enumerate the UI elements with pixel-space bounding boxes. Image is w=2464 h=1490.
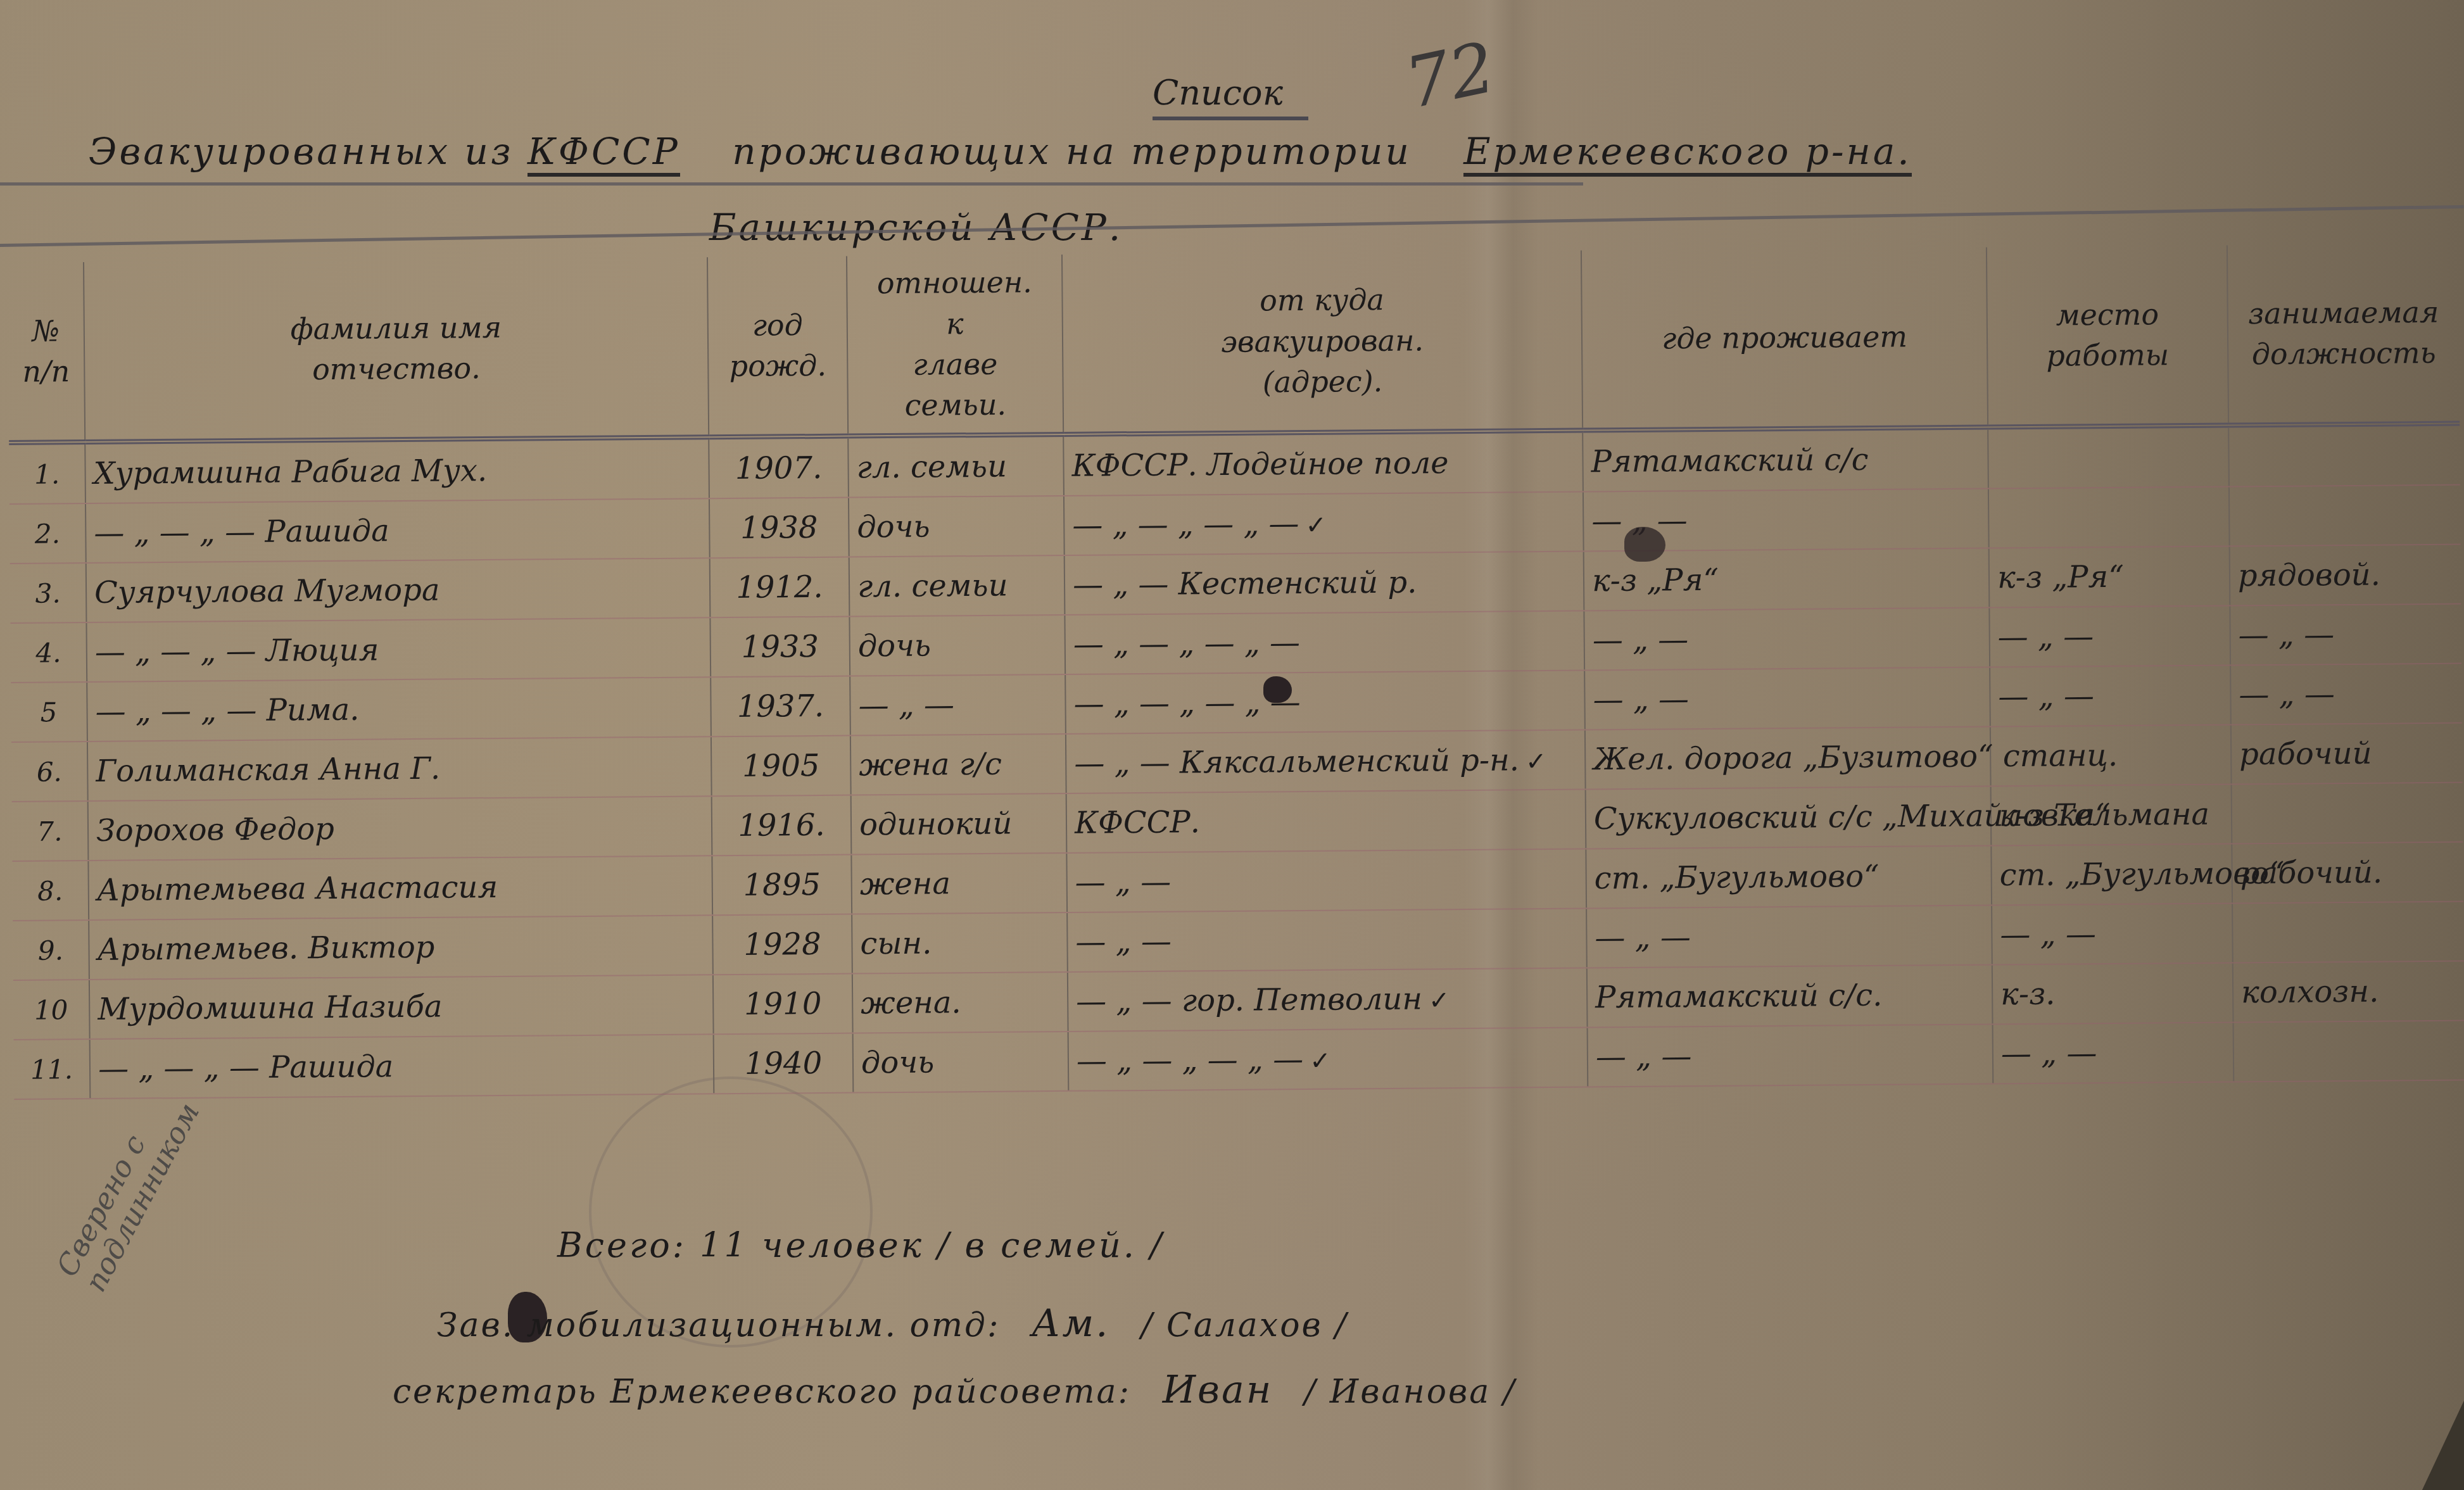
birth-year-cell: 1905 [711, 736, 851, 797]
heading-part-3: проживающих на территории [732, 130, 1412, 173]
position-cell: — „ — [2230, 604, 2461, 666]
column-header: фамилия имяотчество. [84, 257, 709, 442]
row-number: 1. [34, 458, 60, 489]
position: рабочий [2239, 736, 2372, 773]
birth-year: 1937. [737, 688, 824, 724]
workplace-cell: ст. „Бугульмово“ [1991, 843, 2232, 905]
heading-part-2: КФССР [528, 130, 680, 177]
evacuated-from: — „ — [1075, 864, 1172, 900]
position-cell: колхозн. [2233, 961, 2464, 1023]
checkmark-icon: ✓ [1526, 747, 1547, 776]
signature-name: / Салахов / [1141, 1306, 1348, 1344]
workplace: — „ — [1998, 678, 2094, 714]
relation-to-head-cell: — „ — [850, 674, 1066, 736]
relation-to-head-cell: дочь [849, 615, 1065, 676]
row-number-cell: 9. [13, 920, 89, 980]
birth-year-cell: 1910 [713, 974, 853, 1035]
full-name-cell: — „ — „ — Рима. [87, 677, 711, 742]
signature-scrawl: Ам. [1032, 1301, 1109, 1346]
checkmark-icon: ✓ [1429, 986, 1450, 1015]
column-header: №п/п [8, 262, 85, 443]
position: рабочий. [2240, 855, 2382, 892]
table-header-row: №п/пфамилия имяотчество.годрожд.отношен.… [8, 244, 2460, 443]
birth-year: 1916. [738, 807, 825, 843]
relation-to-head-cell: сын. [852, 912, 1068, 974]
relation-to-head: дочь [857, 509, 930, 545]
workplace-cell: — „ — [1993, 1022, 2234, 1083]
position-cell [2232, 902, 2464, 963]
evacuated-from-cell: КФССР. Лодейное поле [1063, 430, 1583, 495]
position-cell: рабочий. [2232, 842, 2463, 904]
row-number: 9. [38, 935, 63, 966]
position-cell [2229, 485, 2461, 546]
column-header-line: главе [856, 343, 1054, 386]
residence: — „ — [1596, 1039, 1692, 1075]
full-name-cell: Мурдомшина Назиба [89, 975, 714, 1039]
relation-to-head-cell: жена [851, 853, 1067, 914]
row-number: 10 [34, 994, 68, 1025]
row-number-cell: 7. [12, 801, 89, 861]
document-heading: Эвакуированных из КФССР проживающих на т… [89, 130, 1912, 173]
row-number: 4. [35, 637, 61, 668]
residence-cell: — „ — [1584, 607, 1990, 670]
evacuated-from-cell: — „ — [1067, 908, 1587, 971]
column-header: местоработы [1987, 245, 2228, 427]
birth-year-cell: 1907. [709, 436, 849, 499]
birth-year: 1910 [744, 986, 822, 1022]
full-name: Арытемьев. Виктор [97, 930, 434, 968]
column-header: отношен.кглавесемьи. [847, 255, 1063, 436]
full-name: — „ — „ — Рашида [98, 1049, 394, 1087]
column-header-line: к [856, 303, 1054, 345]
birth-year-cell: 1916. [712, 795, 852, 856]
full-name-cell: Арытемьев. Виктор [89, 915, 713, 980]
column-header-line: рожд. [716, 345, 839, 387]
residence-cell: Рятамакский с/с [1583, 427, 1988, 491]
heading-part-4: Ермекеевского р-на. [1463, 130, 1912, 177]
column-header-line: место [1995, 293, 2219, 336]
birth-year: 1905 [742, 748, 820, 784]
evacuated-from: КФССР. [1075, 804, 1200, 841]
evacuated-from: — „ — [1075, 924, 1172, 960]
column-header: от кудаэвакуирован.(адрес). [1062, 250, 1583, 434]
relation-to-head: жена г/с [859, 747, 1002, 783]
relation-to-head: гл. семьи [857, 568, 1008, 605]
row-number-cell: 6. [11, 742, 88, 802]
residence-cell: — „ — [1588, 1024, 1993, 1087]
full-name-cell: — „ — „ — Люция [86, 617, 711, 682]
column-header-line: отчество. [92, 346, 700, 391]
birth-year-cell: 1938 [709, 498, 849, 559]
relation-to-head: дочь [858, 628, 932, 664]
signature-mobilization: Зав. мобилизационным. отд: Ам. / Салахов… [437, 1301, 1348, 1346]
evacuee-table: №п/пфамилия имяотчество.годрожд.отношен.… [8, 244, 2464, 1100]
row-number-cell: 10 [13, 980, 90, 1040]
row-number-cell: 3. [10, 563, 87, 623]
evacuated-from: — „ — гор. Петволин [1076, 981, 1422, 1019]
position-cell [2228, 424, 2460, 487]
full-name: Голиманская Анна Г. [96, 751, 440, 789]
workplace: — „ — [2000, 916, 2096, 952]
birth-year-cell: 1928 [712, 914, 852, 975]
column-header-line: год [716, 304, 839, 346]
residence: Рятамакский с/с [1591, 442, 1868, 479]
workplace: к-з. [2000, 976, 2056, 1013]
row-number: 3. [35, 578, 60, 609]
column-header: годрожд. [707, 256, 848, 438]
position-cell: рабочий [2231, 723, 2463, 785]
workplace-cell: — „ — [1989, 605, 2230, 667]
workplace: — „ — [2001, 1035, 2097, 1071]
relation-to-head: жена. [861, 985, 961, 1021]
evacuated-from-cell: — „ — „ — „ — [1065, 610, 1584, 674]
workplace-cell [1988, 425, 2229, 488]
birth-year: 1928 [743, 926, 821, 963]
column-header-line: семьи. [856, 384, 1055, 426]
row-number: 2. [35, 518, 60, 549]
relation-to-head-cell: дочь [853, 1032, 1069, 1093]
position: колхозн. [2241, 974, 2379, 1011]
birth-year-cell: 1937. [711, 676, 850, 737]
residence: — „ — [1595, 919, 1691, 956]
full-name-cell: Зорохов Федор [88, 796, 712, 861]
full-name-cell: — „ — „ — Рашида [85, 498, 710, 563]
relation-to-head-cell: одинокий [851, 793, 1067, 855]
row-number-cell: 5 [11, 682, 87, 742]
row-number-cell: 8. [12, 861, 89, 921]
row-number-cell: 4. [10, 622, 87, 683]
checkmark-icon: ✓ [1305, 511, 1327, 540]
birth-year-cell: 1912. [710, 557, 850, 618]
birth-year: 1895 [743, 867, 821, 903]
column-header-line: от куда [1070, 278, 1573, 323]
column-header-line: отношен. [855, 262, 1054, 304]
evacuated-from: — „ — Кяксальменский р-н. [1074, 742, 1519, 781]
relation-to-head: — „ — [858, 687, 954, 723]
column-header-line: № [16, 310, 77, 351]
heading-rule [0, 182, 1583, 186]
full-name-cell: Арытемьева Анастасия [88, 855, 712, 920]
row-number-cell: 2. [9, 503, 86, 564]
evacuated-from-cell: — „ — Кяксальменский р-н.✓ [1066, 729, 1586, 793]
evacuated-from-cell: — „ — „ — „ —✓ [1068, 1027, 1588, 1090]
heading-rule [0, 205, 2464, 247]
relation-to-head-cell: гл. семьи [849, 555, 1065, 617]
document-title: Список [1153, 73, 1308, 120]
workplace-cell [1988, 486, 2230, 548]
document-page: 72 Список Эвакуированных из КФССР прожив… [0, 0, 2464, 1490]
evacuated-from-cell: — „ — гор. Петволин✓ [1068, 968, 1588, 1031]
relation-to-head-cell: жена. [852, 972, 1068, 1033]
relation-to-head: жена [860, 866, 951, 902]
column-header-line: эвакуирован. [1071, 319, 1574, 363]
column-header-line: должность [2236, 332, 2451, 375]
total-count: Всего: 11 человек / в семей. / [557, 1225, 1164, 1265]
row-number: 5 [41, 697, 58, 728]
full-name-cell: Суярчулова Мугмора [86, 558, 711, 622]
evacuated-from-cell: — „ — Кестенский р. [1065, 551, 1584, 614]
full-name: Мурдомшина Назиба [98, 989, 443, 1027]
birth-year: 1907. [735, 450, 823, 486]
column-header-line: работы [1995, 334, 2220, 377]
full-name-cell: Хурамшина Рабига Мух. [85, 437, 709, 503]
full-name: Зорохов Федор [96, 811, 334, 849]
signature-role: секретарь Ермекеевского райсовета: [393, 1373, 1131, 1411]
workplace: — „ — [1998, 619, 2094, 655]
full-name: — „ — „ — Люция [95, 632, 379, 670]
relation-to-head: одинокий [859, 806, 1013, 843]
row-number-cell: 1. [9, 442, 85, 504]
birth-year-cell: 1940 [714, 1033, 854, 1094]
position-cell [2232, 783, 2463, 844]
birth-year: 1933 [742, 629, 819, 665]
residence: — „ — [1593, 622, 1689, 658]
workplace-cell: к-з „Ря“ [1989, 546, 2230, 607]
column-header-line: фамилия имя [92, 305, 700, 351]
full-name: — „ — „ — Рима. [95, 692, 359, 729]
ink-blot [1624, 527, 1665, 562]
column-header-line: п/п [16, 351, 77, 392]
heading-part-1: Эвакуированных из [89, 130, 514, 173]
residence: Жел. дорога „Бузитово“ станц. [1593, 738, 2118, 778]
checkmark-icon: ✓ [1310, 1047, 1331, 1076]
residence: Рятамакский с/с. [1595, 978, 1883, 1016]
workplace-cell: — „ — [1992, 903, 2233, 964]
residence-cell: ст. „Бугульмово“ [1586, 845, 1992, 908]
full-name-cell: — „ — „ — Рашида [90, 1034, 714, 1099]
workplace-cell: к-з Тельмана [1991, 784, 2232, 845]
column-header: где проживает [1581, 247, 1988, 430]
relation-to-head-cell: гл. семьи [848, 434, 1064, 498]
residence: к-з „Ря“ [1592, 562, 1719, 599]
birth-year-cell: 1933 [710, 617, 850, 678]
residence-cell: Жел. дорога „Бузитово“ станц. [1585, 726, 1991, 789]
column-header-line: где проживает [1590, 315, 1979, 359]
birth-year: 1912. [736, 569, 823, 605]
relation-to-head: гл. семьи [856, 449, 1007, 486]
signature-name: / Иванова / [1305, 1373, 1517, 1411]
residence: — „ — [1593, 681, 1689, 717]
workplace: к-з „Ря“ [1997, 559, 2124, 596]
ink-blot [1263, 676, 1292, 703]
margin-note: Сверено с подлинником [51, 1099, 196, 1296]
position-cell [2233, 1021, 2464, 1082]
residence-cell: Суккуловский с/с „Михайловка“ [1586, 786, 1992, 849]
evacuated-from: — „ — „ — „ — [1073, 625, 1301, 662]
position: рядовой. [2238, 557, 2380, 594]
position: — „ — [2239, 617, 2335, 653]
full-name-cell: Голиманская Анна Г. [87, 736, 712, 801]
relation-to-head: дочь [861, 1045, 935, 1081]
workplace: к-з Тельмана [1999, 797, 2210, 834]
evacuated-from-cell: — „ — „ — „ — [1065, 670, 1585, 733]
evacuated-from: — „ — Кестенский р. [1073, 565, 1417, 603]
evacuated-from-cell: — „ — „ — „ —✓ [1064, 491, 1584, 555]
full-name: Хурамшина Рабига Мух. [93, 453, 487, 491]
full-name: Суярчулова Мугмора [94, 572, 440, 610]
row-number: 8. [37, 875, 63, 906]
relation-to-head-cell: жена г/с [850, 734, 1066, 795]
evacuated-from: КФССР. Лодейное поле [1071, 445, 1448, 484]
evacuated-from: — „ — „ — „ — [1072, 506, 1299, 543]
row-number: 7. [37, 816, 62, 847]
birth-year: 1940 [745, 1045, 823, 1082]
residence-cell: — „ — [1586, 905, 1992, 968]
residence-cell: — „ — [1584, 667, 1990, 729]
signature-scrawl: Иван [1163, 1368, 1273, 1412]
birth-year: 1938 [740, 510, 818, 546]
column-header-line: (адрес). [1071, 360, 1574, 405]
workplace-cell: к-з. [1992, 963, 2233, 1024]
signature-secretary: секретарь Ермекеевского райсовета: Иван … [393, 1368, 1516, 1412]
full-name: — „ — „ — Рашида [94, 513, 389, 551]
evacuated-from-cell: — „ — [1066, 849, 1586, 912]
row-number-cell: 11. [14, 1039, 91, 1099]
workplace-cell: — „ — [1990, 665, 2231, 726]
relation-to-head-cell: дочь [849, 496, 1065, 557]
position-cell: — „ — [2230, 664, 2462, 725]
column-header-line: занимаемая [2235, 291, 2451, 334]
row-number: 6. [37, 756, 62, 787]
residence-cell: Рятамакский с/с. [1587, 964, 1993, 1027]
birth-year-cell: 1895 [712, 855, 852, 916]
position-cell: рядовой. [2230, 545, 2461, 606]
relation-to-head: сын. [860, 926, 932, 962]
evacuated-from-cell: КФССР. [1066, 789, 1586, 852]
signature-role: Зав. мобилизационным. отд: [437, 1306, 1001, 1344]
full-name: Арытемьева Анастасия [97, 869, 498, 908]
residence: ст. „Бугульмово“ [1594, 859, 1879, 897]
column-header: занимаемаядолжность [2227, 244, 2460, 426]
position: — „ — [2239, 676, 2335, 712]
row-number: 11. [30, 1054, 73, 1085]
evacuated-from: — „ — „ — „ — [1077, 1042, 1304, 1079]
